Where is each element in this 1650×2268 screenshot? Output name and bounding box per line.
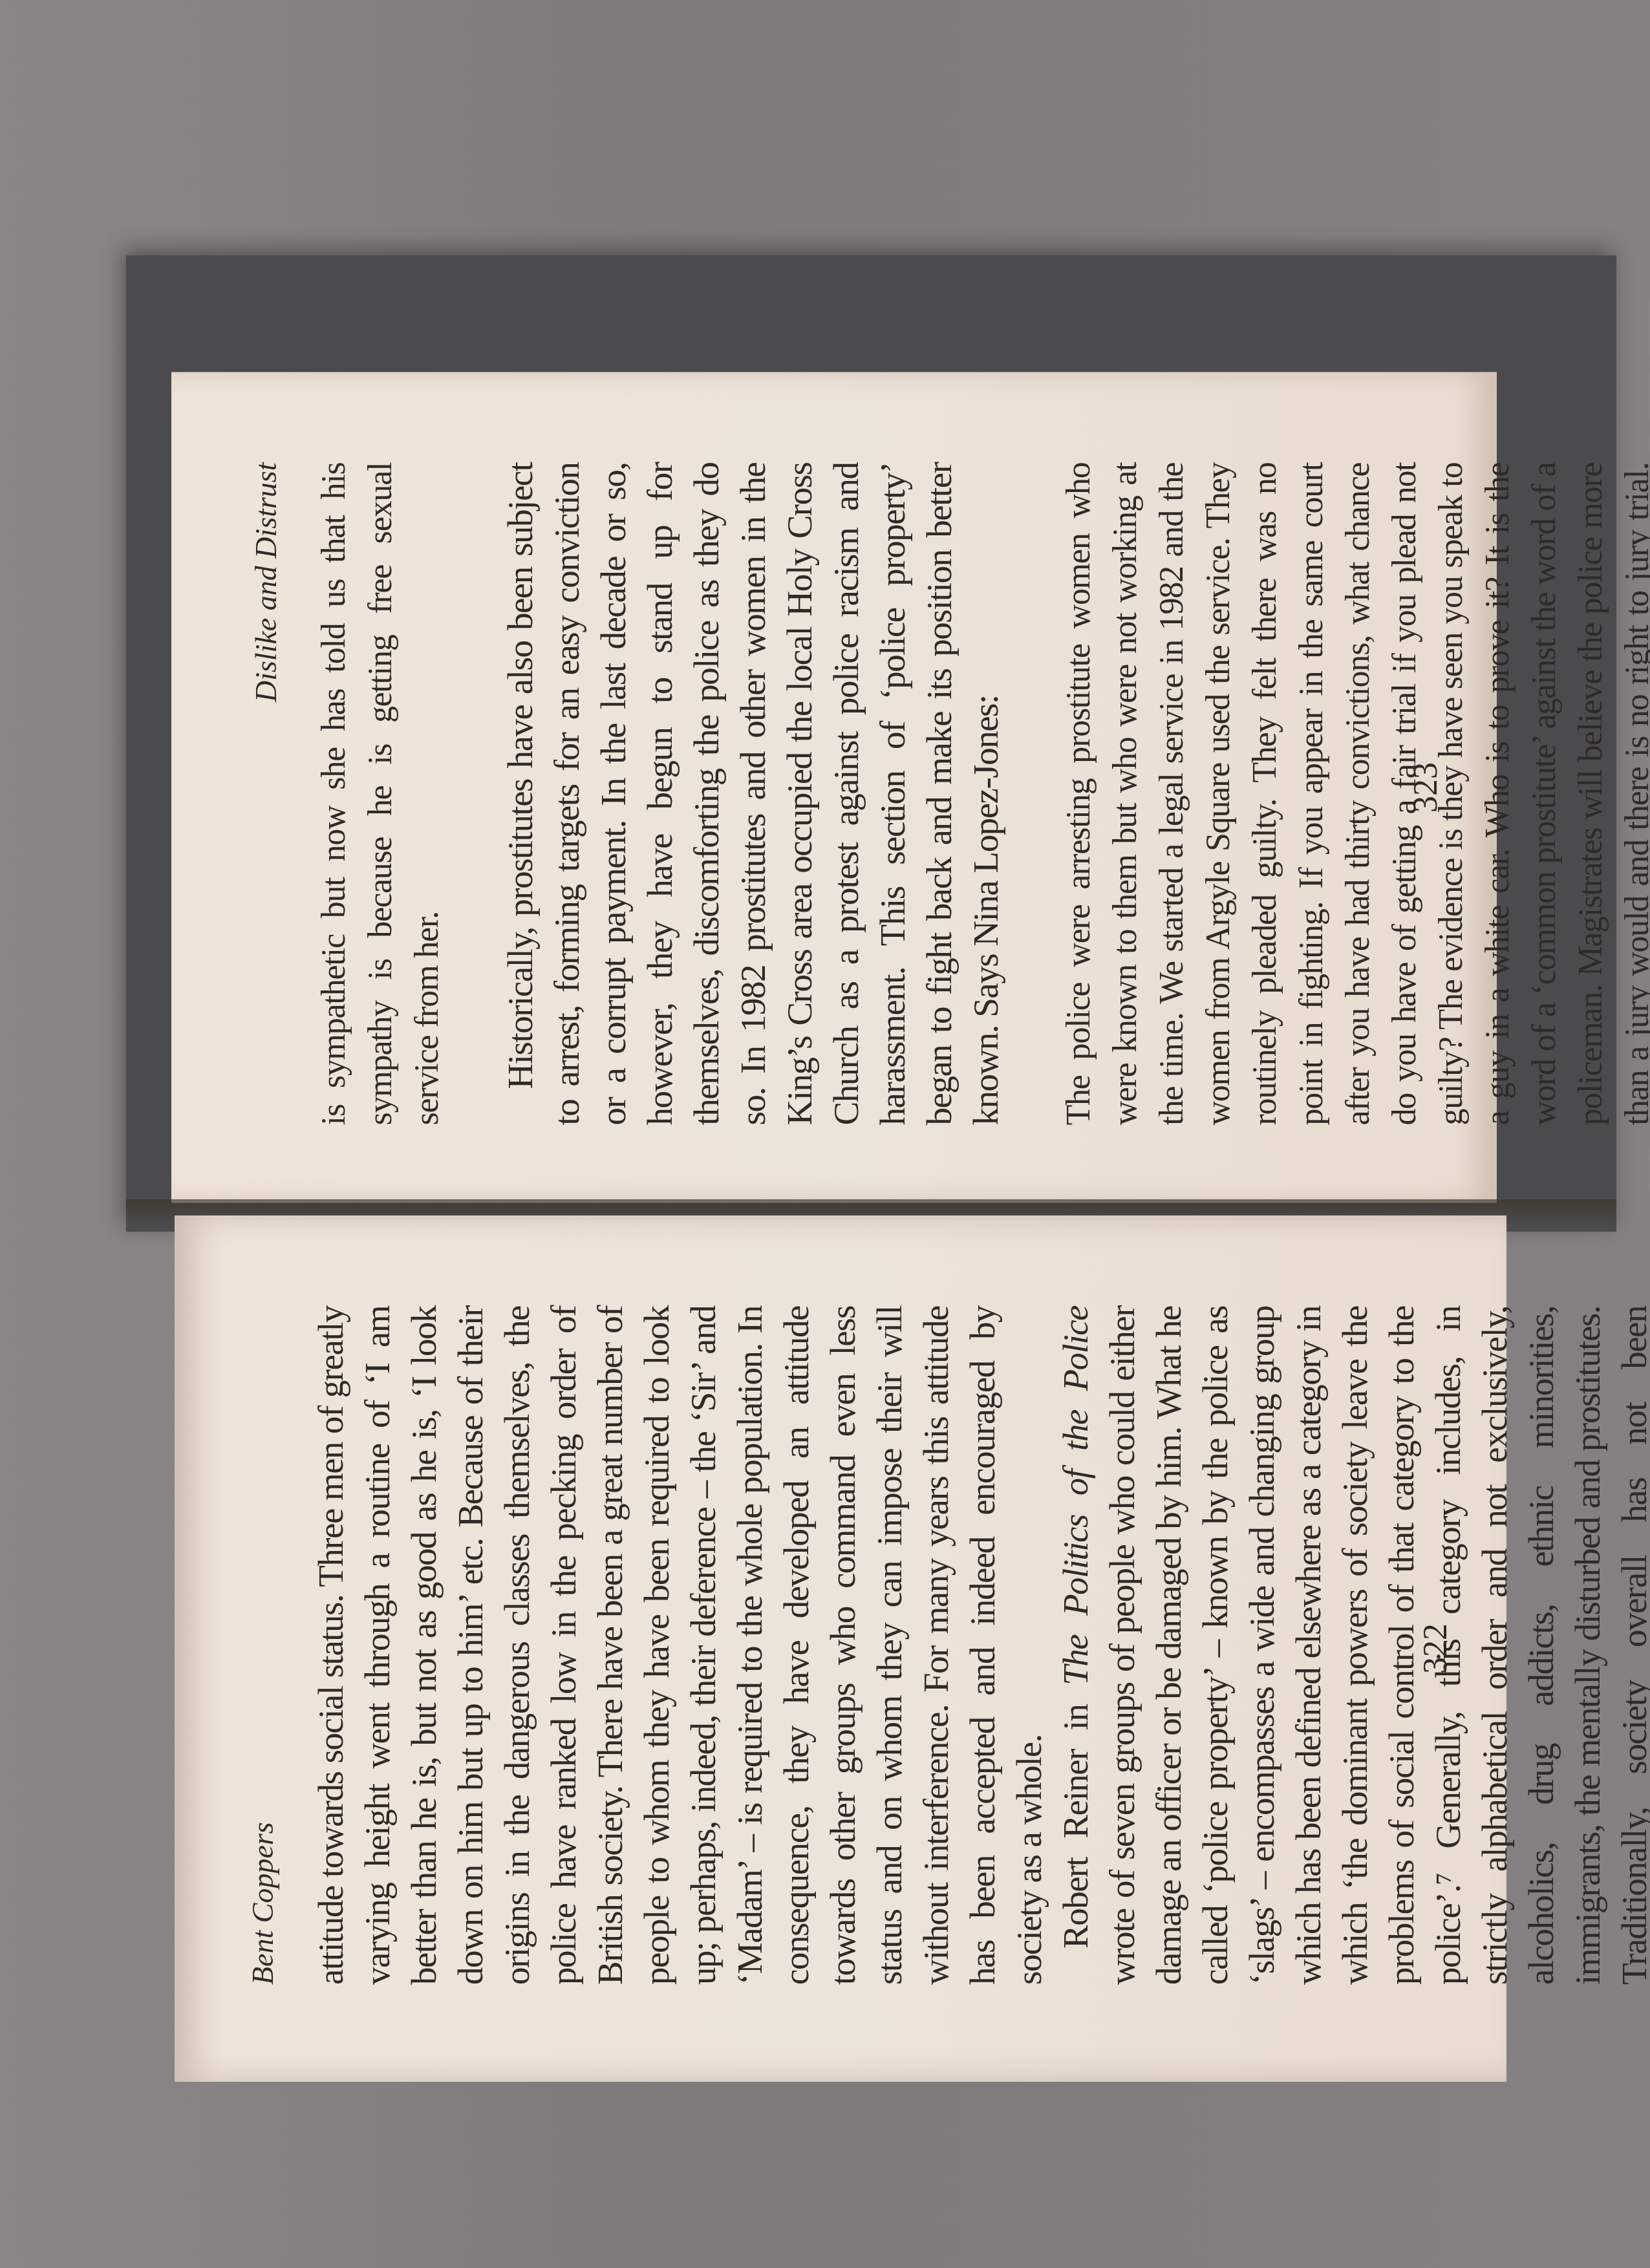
block-quote: The police were arresting prostitute wom… xyxy=(1056,462,1650,1125)
page-322-container: Bent Coppers attitude towards social sta… xyxy=(175,1215,1506,2082)
text-span: Robert Reiner in xyxy=(1056,1685,1095,1949)
paragraph-historically: Historically, prostitutes have also been… xyxy=(497,462,1009,1125)
page-number: 323 xyxy=(1407,372,1445,1203)
running-head-left: Bent Coppers xyxy=(246,1306,282,1985)
running-head-right: Dislike and Distrust xyxy=(249,462,285,1125)
body-text: Historically, prostitutes have also been… xyxy=(497,462,1009,1125)
page-323: Dislike and Distrust is sympathetic but … xyxy=(171,372,1497,1203)
text-span: wrote of seven groups of people who coul… xyxy=(1102,1306,1650,1985)
paragraph-reiner: Robert Reiner in The Politics of the Pol… xyxy=(1053,1306,1650,1985)
page-number: 322 xyxy=(1417,1215,1455,2082)
paragraph-attitude: attitude towards social status. Three me… xyxy=(308,1306,1053,1985)
quote-paragraph: The police were arresting prostitute wom… xyxy=(1056,462,1650,1125)
page-323-container: Dislike and Distrust is sympathetic but … xyxy=(171,372,1497,1203)
quote-continuation: is sympathetic but now she has told us t… xyxy=(311,462,451,1125)
page-322: Bent Coppers attitude towards social sta… xyxy=(175,1215,1506,2082)
quote-continuation-text: is sympathetic but now she has told us t… xyxy=(311,462,451,1125)
book-title: The Politics of the Police xyxy=(1056,1306,1095,1685)
